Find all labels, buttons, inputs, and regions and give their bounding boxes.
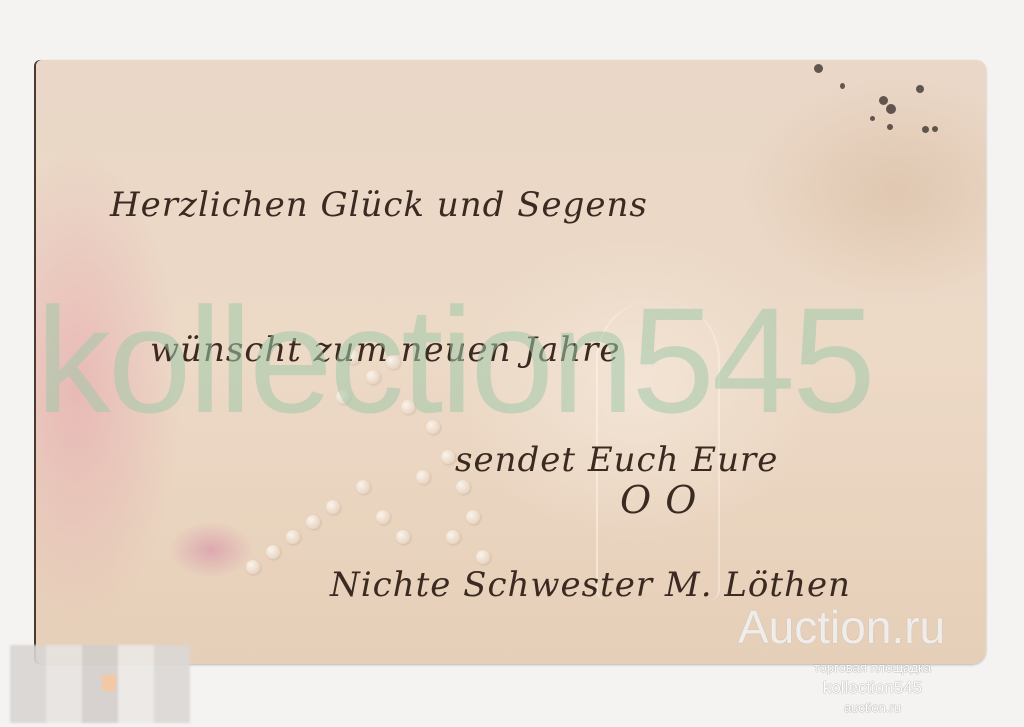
watermark-seller: kollection545 [740,678,1005,698]
watermark-auction-logo: Auction.ru [738,600,945,654]
handwriting-line-1: Herzlichen Glück und Segens [110,185,648,225]
pixelated-redaction [10,645,190,723]
watermark-tagline: торговая площадка [740,660,1005,675]
watermark-domain: auction.ru [740,700,1005,715]
handwriting-signature: Nichte Schwester M. Löthen [330,565,851,605]
handwriting-line-3: sendet Euch Eure [455,440,778,480]
watermark-main: kollection545 [36,285,873,435]
photo-scene: Herzlichen Glück und Segens wünscht zum … [0,0,1024,727]
handwriting-line-4: O O [620,478,697,522]
